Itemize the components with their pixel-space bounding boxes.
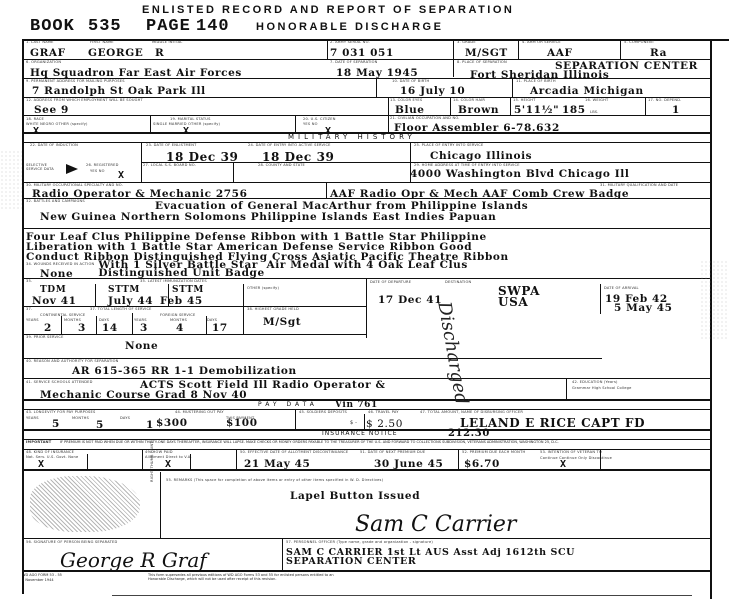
divider [600,284,601,314]
row-line [22,78,710,79]
battles-label: 32. BATTLES AND CAMPAIGNS [26,199,85,203]
cont-years: 2 [44,322,52,334]
specialty-label: 30. MILITARY OCCUPATIONAL SPECIALTY AND … [26,183,123,187]
divider [206,316,207,334]
insurance-notice: IF PREMIUM IS NOT PAID WHEN DUE OR WITHI… [60,440,700,449]
organization-label: 6. ORGANIZATION [26,60,61,64]
birth-place: Arcadia Michigan [530,85,644,97]
grade: M/SGT [465,47,508,59]
divider [142,449,143,469]
citizen-label: 20. U.S. CITIZEN [303,117,336,121]
divider [160,472,161,538]
form-id: WD AGO FORM 53 - 55 [22,573,62,577]
divider [236,449,237,469]
row-line [22,228,710,229]
immunization-number: 35. [26,279,32,283]
divider [150,115,151,132]
local-board-label: 27. LOCAL S.S. BOARD NO. [143,163,196,167]
effective-date-label: 50. EFFECTIVE DATE OF ALLOTMENT DISCONTI… [240,450,348,454]
this-payment: $100 [226,417,258,429]
citizen-options: YES NO [303,122,318,126]
divider [453,39,454,77]
divider [620,39,621,59]
divider [295,409,296,429]
form-title: ENLISTED RECORD AND REPORT OF SEPARATION [142,4,514,16]
address-label: 9. PERMANENT ADDRESS FOR MAILING PURPOSE… [26,79,125,83]
page-number: 140 [196,17,230,36]
officer-signature: Sam C Carrier [355,512,516,537]
cont-days: 14 [102,322,118,334]
registered-options: YES NO [90,169,105,173]
divider [510,97,511,115]
divider [450,97,451,115]
total-amount: 212.30 [448,428,490,439]
service-length-label: 37. TOTAL LENGTH OF SERVICE [90,307,152,311]
soldiers-deposits: $ - [350,420,357,426]
divider [566,378,567,400]
serial-label: 2. ARMY SERIAL NO. [330,40,370,44]
divider [458,449,459,469]
pay-data-heading: PAY DATA [258,401,318,408]
destination-label: DESTINATION [445,280,471,284]
height-label: 15. HEIGHT [513,98,536,102]
kind-options: Nat. Serv. U.S. Govt. None [26,455,78,459]
page-label: PAGE [146,17,191,36]
weight-label: 16. WEIGHT [585,98,608,102]
birth-date-label: 10. DATE OF BIRTH [392,79,429,83]
intention-options: Continue Continue Only Discontinue [540,456,612,460]
service-number: 37. [26,307,32,311]
active-duty-label: 24. DATE OF ENTRY INTO ACTIVE SERVICE [248,143,331,147]
last-name: GRAF [30,47,66,59]
tetanus-col: STTM [172,285,204,295]
scan-noise [0,150,22,210]
remarks-label: 55. REMARKS (This space for completion o… [166,478,383,482]
divider [600,449,601,469]
dependents-label: 17. NO. DEPEND. [648,98,682,102]
eyes-label: 13. COLOR EYES [390,98,422,102]
foreign-months: 4 [176,322,184,334]
divider [512,78,513,98]
margin-handwriting: Discharged [433,300,472,406]
highest-grade: M/Sgt [263,316,301,328]
cont-months: 3 [78,322,86,334]
divider [243,306,244,334]
travel-pay-label: 46. TRAVEL PAY [368,410,399,414]
arrow-right-icon [66,164,78,174]
birth-place-label: 11. PLACE OF BIRTH [516,79,556,83]
row-line [22,469,710,471]
divider [518,39,519,59]
row-line [22,115,710,116]
frame-top [22,39,729,41]
row-line [22,570,710,572]
grade-label: 3. GRADE [457,40,476,44]
days-label: DAYS [120,416,130,420]
soldiers-deposits-label: 45. SOLDIERS DEPOSITS [299,410,347,414]
foreign-days: 17 [212,322,228,334]
smallpox-col: TDM [40,285,66,295]
divider [388,97,389,115]
separation-place-label: 8. PLACE OF SEPARATION [457,60,507,64]
serial-number: 7 031 051 [330,47,394,59]
thumbprint-image [30,476,140,532]
divider [243,284,244,306]
education-sub: Grammar High School College [572,386,632,390]
total-label: 47. TOTAL AMOUNT, NAME OF DISBURSING OFF… [420,410,523,414]
continental-label: CONTINENTAL SERVICE [40,313,85,317]
divider [327,39,328,59]
middle-initial-label: MIDDLE INITIAL [152,40,182,44]
employment-address-label: 12. ADDRESS FROM WHICH EMPLOYMENT WILL B… [26,98,143,102]
col-years-1: YEARS [26,318,39,322]
form-date: 1 November 1944 [22,578,54,582]
arrival-label: DATE OF ARRIVAL [604,286,639,290]
divider [61,316,62,334]
home-address-label: 29. HOME ADDRESS AT TIME OF ENTRY INTO S… [414,163,520,167]
hair-label: 14. COLOR HAIR [453,98,485,102]
frame-left [22,39,24,594]
mustering-total: $300 [156,417,188,429]
separation-date-label: 7. DATE OF SEPARATION [330,60,378,64]
divider [326,182,327,198]
civilian-occupation-label: 21. CIVILIAN OCCUPATION AND NO. [390,116,460,120]
education-label: 42. EDUCATION (Years) [572,380,618,384]
arm-service: AAF [547,47,573,59]
component-label: 5. COMPONENT [624,40,654,44]
first-name-label: FIRST NAME [90,40,114,44]
first-name: GEORGE [88,47,143,59]
reason-label: 40. REASON AND AUTHORITY FOR SEPARATION [26,359,119,363]
mustering-label: 44. MUSTERING OUT PAY [175,410,224,414]
row-line [22,538,710,539]
divider [87,454,88,469]
scan-noise [700,260,729,340]
military-history-heading: MILITARY HISTORY [288,133,416,141]
county-state-label: 28. COUNTY AND STATE [258,163,305,167]
weight-unit: LBS. [590,110,599,114]
battles-line-2: New Guinea Northern Solomons Philippine … [40,211,496,223]
thumb-label: RIGHT THUMB PRINT [150,441,154,482]
destination-2: USA [498,295,528,309]
prior-service: None [125,340,158,352]
arrival-date-2: 5 May 45 [614,302,673,314]
remarks: Lapel Button Issued [290,490,420,502]
insurance-heading: INSURANCE NOTICE [322,430,398,437]
other-immunization-label: OTHER (specify) [247,286,279,290]
immunization-label: 35. LATEST IMMUNIZATION DATES [140,279,207,283]
induction-label: 22. DATE OF INDUCTION [30,143,78,147]
row-line [22,409,710,410]
marital-label: 19. MARITAL STATUS [170,117,211,121]
entry-place-label: 25. PLACE OF ENTRY INTO SERVICE [414,143,484,147]
last-name-label: 1. LAST NAME [26,40,54,44]
schools-label: 41. SERVICE SCHOOLS ATTENDED [26,380,93,384]
race-label: 18. RACE [26,117,44,121]
typhoid-col: STTM [108,285,140,295]
divider [376,78,377,98]
entry-place: Chicago Illinois [430,150,532,162]
officer-unit: SEPARATION CENTER [286,556,416,567]
birth-date: 16 July 10 [400,85,465,97]
months-label: MONTHS [72,416,89,420]
divider [132,313,133,334]
bottom-line [112,595,692,596]
row-line [22,198,710,199]
registered-label: 26. REGISTERED [86,163,119,167]
home-address: 4000 Washington Blvd Chicago Ill [410,168,629,180]
foreign-label: FOREIGN SERVICE [160,313,196,317]
divider [190,454,191,469]
years-label: YEARS [26,416,39,420]
kind-label: 48. KIND OF INSURANCE [26,450,74,454]
longevity-label: 43. LONGEVITY FOR PAY PURPOSES [26,410,95,414]
highest-grade-label: 38. HIGHEST GRADE HELD [247,307,299,311]
component: Ra [650,47,667,59]
arm-label: 4. ARM OR SERVICE [522,40,561,44]
book-number: 535 [88,17,122,36]
qualification-label: 31. MILITARY QUALIFICATION AND DATE [600,183,678,187]
divider [96,316,97,334]
enlistment-label: 23. DATE OF ENLISTMENT [146,143,197,147]
divider [388,115,389,132]
person-signature-label: 56. SIGNATURE OF PERSON BEING SEPARATED [26,540,117,544]
person-signature: George R Graf [60,548,207,572]
selective-service-label: SELECTIVE SERVICE DATA [26,163,58,171]
prior-service-label: 39. PRIOR SERVICE [26,335,64,339]
book-label: BOOK [30,17,75,36]
form-note: This form supersedes all previous editio… [148,573,338,582]
row-line [22,306,366,307]
divider [233,162,234,182]
row-line [22,334,366,335]
divider [95,284,96,306]
important-label: IMPORTANT [26,440,51,444]
intention-label: 53. INTENTION OF VETERAN TO [540,450,602,454]
divider [645,97,646,115]
wounds-label: 34. WOUNDS RECEIVED IN ACTION [26,262,94,266]
divider [364,414,365,429]
discharge-type: HONORABLE DISCHARGE [256,21,443,33]
divider [295,115,296,132]
divider [282,538,283,570]
officer-label: 57. PERSONNEL OFFICER (Type name, grade … [286,540,433,544]
premium-label: 52. PREMIUM DUE EACH MONTH [462,450,525,454]
next-premium-label: 51. DATE OF NEXT PREMIUM DUE [360,450,425,454]
row-line [22,142,710,143]
foreign-years: 3 [140,322,148,334]
middle-initial: R [155,47,164,59]
registered-checkbox[interactable]: X [118,170,124,181]
permanent-address: 7 Randolph St Oak Park Ill [32,85,206,97]
divider [366,278,367,338]
separation-reason: AR 615-365 RR 1-1 Demobilization [72,365,297,377]
departure-label: DATE OF DEPARTURE [370,280,411,284]
